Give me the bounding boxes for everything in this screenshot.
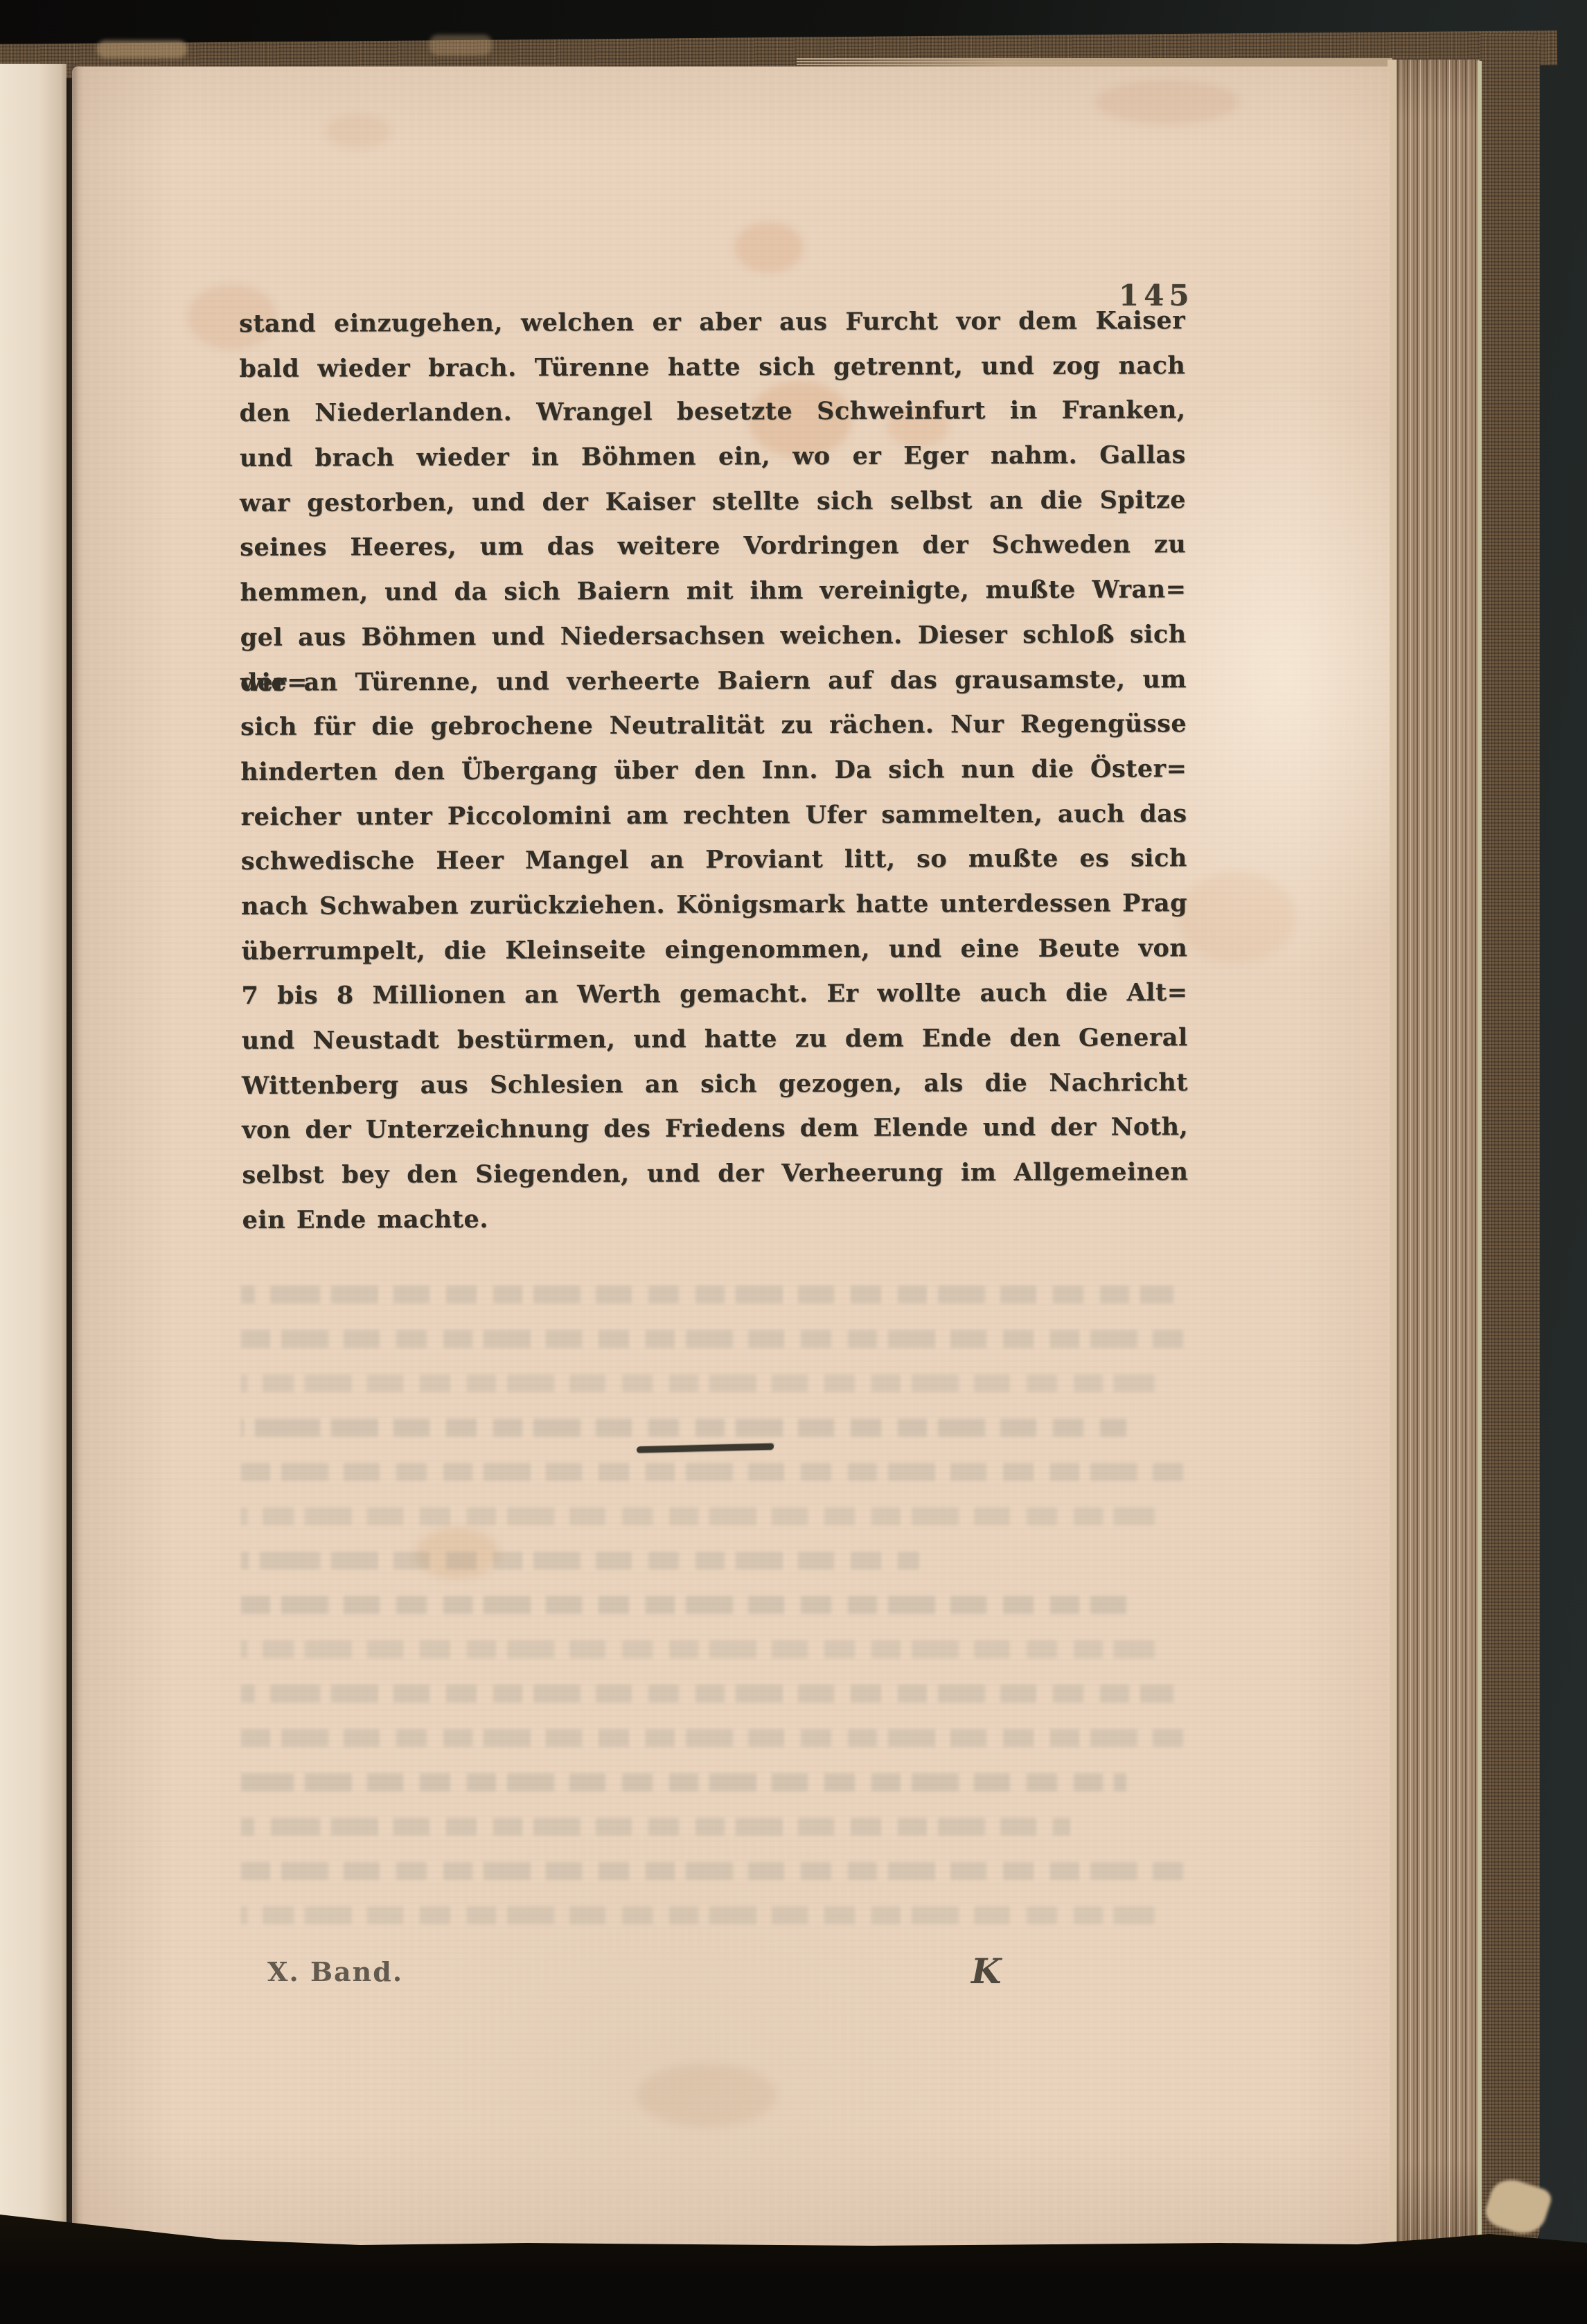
- text-line: 7 bis 8 Millionen an Werth gemacht. Er w…: [241, 971, 1187, 1019]
- text-line: reicher unter Piccolomini am rechten Ufe…: [240, 792, 1187, 840]
- text-line: hinderten den Übergang über den Inn. Da …: [240, 747, 1187, 795]
- text-line: schwedische Heer Mangel an Proviant litt…: [241, 836, 1187, 884]
- text-line: und brach wieder in Böhmen ein, wo er Eg…: [240, 433, 1186, 481]
- text-line: seines Heeres, um das weitere Vordringen…: [240, 523, 1186, 571]
- text-line: bald wieder brach. Türenne hatte sich ge…: [239, 344, 1185, 391]
- text-line: hemmen, und da sich Baiern mit ihm verei…: [240, 567, 1186, 615]
- text-line: stand einzugehen, welchen er aber aus Fu…: [239, 299, 1185, 346]
- printed-content: 145 stand einzugehen, welchen er aber au…: [0, 0, 1587, 2324]
- text-line: selbst bey den Siegenden, und der Verhee…: [242, 1150, 1188, 1198]
- text-line: und Neustadt bestürmen, und hatte zu dem…: [242, 1015, 1188, 1063]
- separator-rule: [637, 1444, 774, 1453]
- text-line: den Niederlanden. Wrangel besetzte Schwe…: [239, 389, 1185, 436]
- text-line: Wittenberg aus Schlesien an sich gezogen…: [242, 1061, 1188, 1108]
- text-line: ein Ende machte.: [242, 1195, 1189, 1243]
- text-line: der an Türenne, und verheerte Baiern auf…: [240, 657, 1187, 705]
- signature-mark: K: [971, 1951, 1001, 1992]
- text-line: von der Unterzeichnung des Friedens dem …: [242, 1106, 1188, 1153]
- text-line: sich für die gebrochene Neutralität zu r…: [240, 702, 1187, 749]
- body-text: stand einzugehen, welchen er aber aus Fu…: [239, 299, 1189, 1243]
- text-line: nach Schwaben zurückziehen. Königsmark h…: [241, 881, 1187, 929]
- text-line: gel aus Böhmen und Niedersachsen weichen…: [240, 612, 1187, 660]
- volume-label: X. Band.: [267, 1956, 403, 1987]
- text-line: überrumpelt, die Kleinseite eingenommen,…: [241, 926, 1187, 974]
- text-line: war gestorben, und der Kaiser stellte si…: [240, 478, 1186, 526]
- book-scan: 145 stand einzugehen, welchen er aber au…: [0, 0, 1587, 2324]
